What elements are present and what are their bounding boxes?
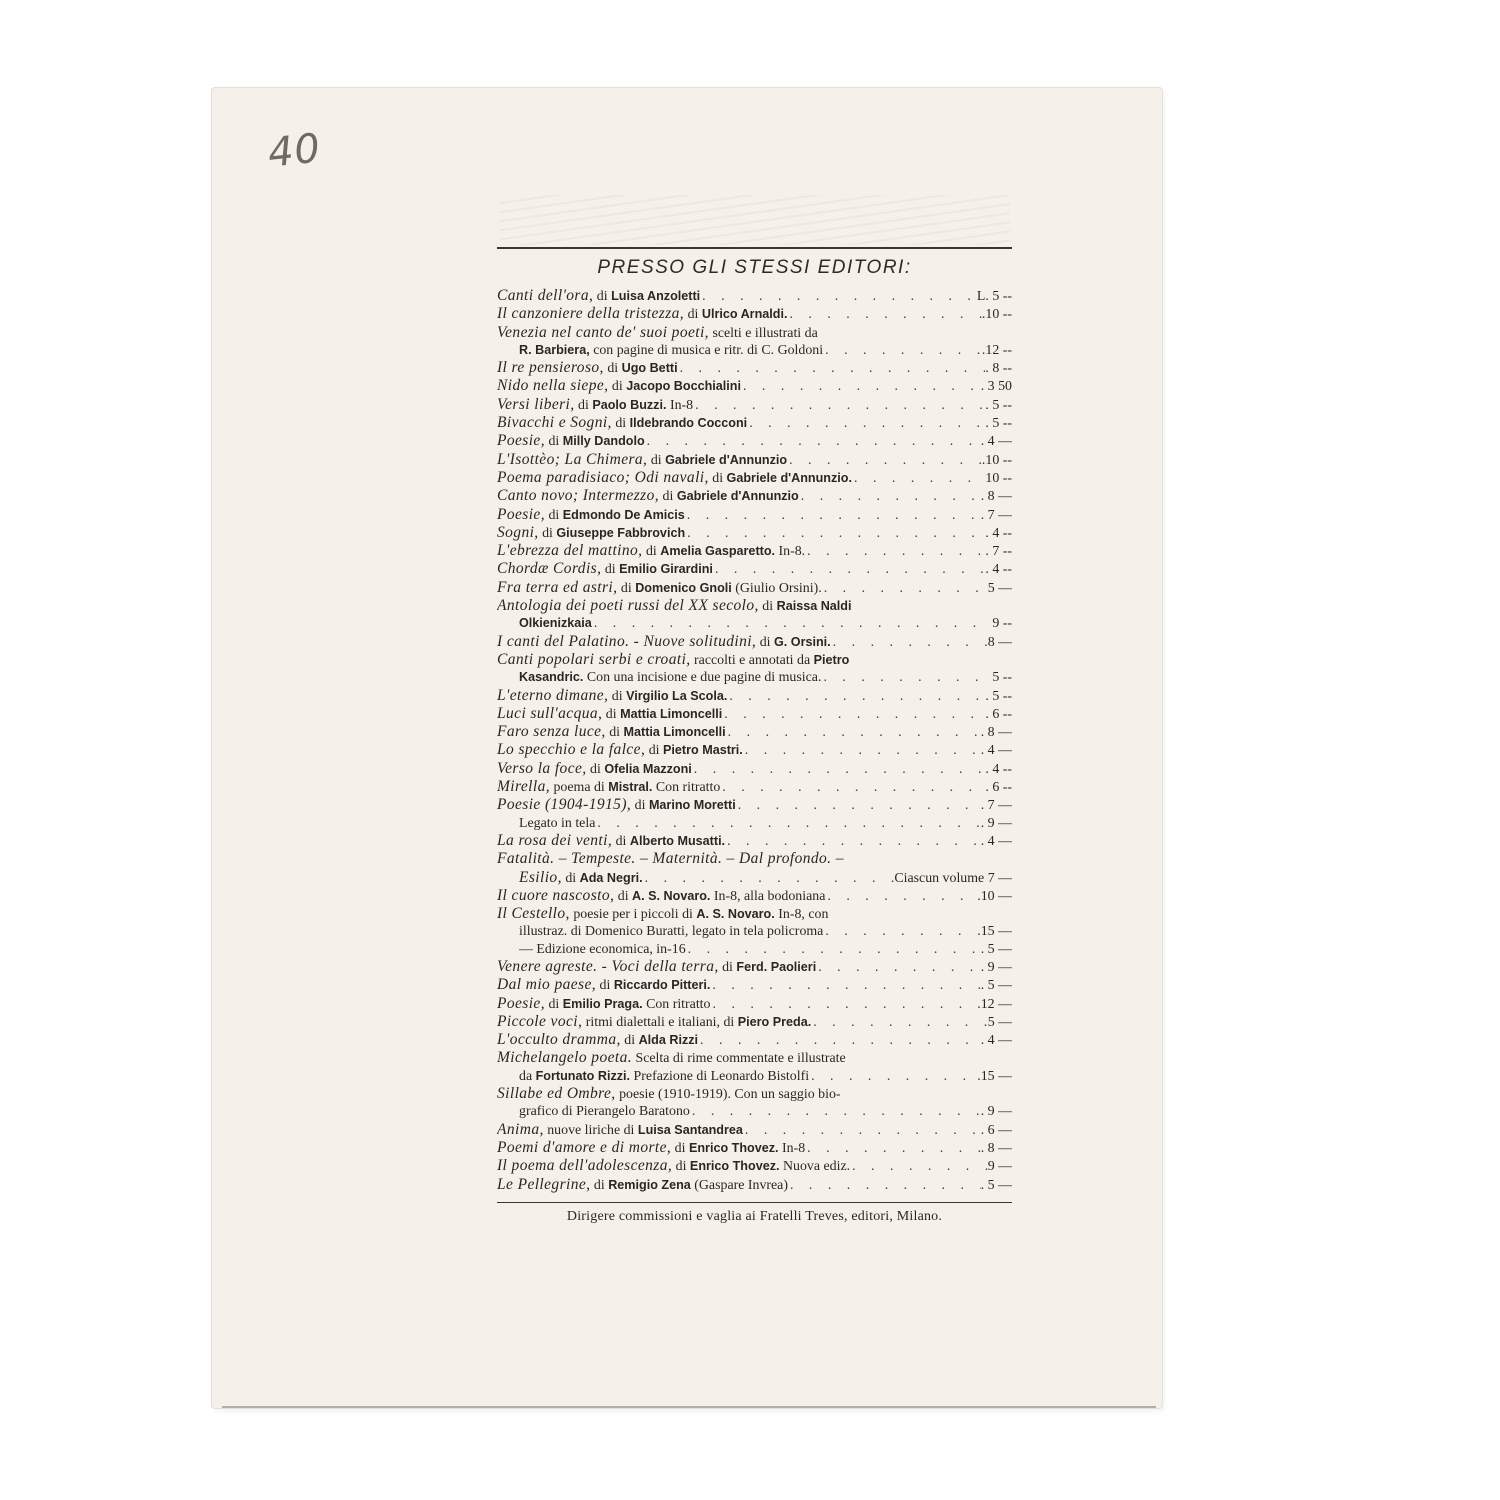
entry-price: . 9 — xyxy=(981,815,1012,832)
entry-author: Emilio Girardini xyxy=(619,562,713,576)
entry-price: Ciascun volume 7 — xyxy=(894,870,1012,887)
catalog-entry: Venezia nel canto de' suoi poeti, scelti… xyxy=(497,324,1012,342)
entry-title: L'eterno dimane, xyxy=(497,687,608,704)
entry-author: Ulrico Arnaldi. xyxy=(702,307,788,321)
entry-author: Alberto Musatti. xyxy=(630,834,725,848)
entry-connector: di xyxy=(651,453,662,468)
entry-text: Dal mio paese, di Riccardo Pitteri. xyxy=(497,976,710,994)
dot-leader: . . . . . . . . . . . . . . . . . . . . … xyxy=(592,615,993,632)
entry-price: . 4 -- xyxy=(985,561,1012,578)
entry-author: Jacopo Bocchialini xyxy=(626,379,741,393)
dot-leader: . . . . . . . . . . . . . . . . . . . . … xyxy=(852,470,985,487)
catalog-entry: Lo specchio e la falce, di Pietro Mastri… xyxy=(497,741,1012,759)
entry-extra: In-8, con xyxy=(778,907,828,922)
entry-extra: In-8 xyxy=(782,1141,805,1156)
entry-title: Fra terra ed astri, xyxy=(497,579,617,596)
catalog-entry: L'eterno dimane, di Virgilio La Scola. .… xyxy=(497,687,1012,705)
entry-author: Fortunato Rizzi. xyxy=(536,1069,630,1083)
entry-text: Fatalità. – Tempeste. – Maternità. – Dal… xyxy=(497,850,844,868)
entry-connector: di xyxy=(597,289,608,304)
dot-leader: . . . . . . . . . . . . . . . . . . . . … xyxy=(743,742,981,759)
entry-text: L'occulto dramma, di Alda Rizzi xyxy=(497,1031,698,1049)
entry-price: .10 — xyxy=(977,888,1012,905)
dot-leader: . . . . . . . . . . . . . . . . . . . . … xyxy=(825,888,977,905)
catalog-entry: L'occulto dramma, di Alda Rizzi . . . . … xyxy=(497,1031,1012,1049)
entry-text: da Fortunato Rizzi. Prefazione di Leonar… xyxy=(519,1068,809,1085)
entry-text: Venere agreste. - Voci della terra, di F… xyxy=(497,958,816,976)
entry-author: Edmondo De Amicis xyxy=(563,508,685,522)
entry-price: . 9 — xyxy=(981,959,1012,976)
entry-price: 9 -- xyxy=(992,615,1012,632)
entry-price: . 5 — xyxy=(981,1177,1012,1194)
entry-text: Poesie, di Emilio Praga. Con ritratto xyxy=(497,995,711,1013)
entry-text: Faro senza luce, di Mattia Limoncelli xyxy=(497,723,726,741)
entry-text: Canti dell'ora, di Luisa Anzoletti xyxy=(497,287,700,305)
entry-price: . 5 -- xyxy=(985,397,1012,414)
entry-text: L'eterno dimane, di Virgilio La Scola. xyxy=(497,687,727,705)
entry-price: . 4 — xyxy=(981,833,1012,850)
entry-price: . 4 -- xyxy=(985,761,1012,778)
entry-connector: di xyxy=(607,361,618,376)
entry-connector: di xyxy=(663,489,674,504)
entry-text: Lo specchio e la falce, di Pietro Mastri… xyxy=(497,741,743,759)
catalog-entry: Il poema dell'adolescenza, di Enrico Tho… xyxy=(497,1157,1012,1175)
dot-leader: . . . . . . . . . . . . . . . . . . . . … xyxy=(747,415,985,432)
entry-price: 5 — xyxy=(988,1014,1012,1031)
catalog-entry: Venere agreste. - Voci della terra, di F… xyxy=(497,958,1012,976)
dot-leader: . . . . . . . . . . . . . . . . . . . . … xyxy=(720,779,985,796)
dot-leader: . . . . . . . . . . . . . . . . . . . . … xyxy=(726,724,981,741)
catalog-entry: Anima, nuove liriche di Luisa Santandrea… xyxy=(497,1121,1012,1139)
entry-text: Il cuore nascosto, di A. S. Novaro. In-8… xyxy=(497,887,825,905)
dot-leader: . . . . . . . . . . . . . . . . . . . . … xyxy=(787,452,982,469)
entry-connector: di xyxy=(548,997,559,1012)
catalog-entry: Antologia dei poeti russi del XX secolo,… xyxy=(497,597,1012,615)
dot-leader: . . . . . . . . . . . . . . . . . . . . … xyxy=(700,288,977,305)
catalog-entry: Il re pensieroso, di Ugo Betti . . . . .… xyxy=(497,359,1012,377)
entry-author: Remigio Zena xyxy=(608,1178,691,1192)
entry-extra: (Gaspare Invrea) xyxy=(694,1178,788,1193)
handwritten-number: 40 xyxy=(266,125,323,176)
entry-text: Chordæ Cordis, di Emilio Girardini xyxy=(497,560,713,578)
entry-connector: di xyxy=(712,471,723,486)
entry-text: Canti popolari serbi e croati, raccolti … xyxy=(497,651,849,669)
dot-leader: . . . . . . . . . . . . . . . . . . . . … xyxy=(595,815,980,832)
dot-leader: . . . . . . . . . . . . . . . . . . . . … xyxy=(710,977,980,994)
entry-title: Il cuore nascosto, xyxy=(497,887,614,904)
entry-title: Dal mio paese, xyxy=(497,976,596,993)
entry-author: Amelia Gasparetto. xyxy=(660,544,775,558)
entry-connector: di xyxy=(646,544,657,559)
entry-connector: di xyxy=(612,379,623,394)
entry-connector: di xyxy=(606,707,617,722)
entry-text: Olkienizkaia xyxy=(519,615,592,632)
entry-title: Nido nella siepe, xyxy=(497,377,608,394)
entry-extra: In-8. xyxy=(779,544,806,559)
entry-text: Nido nella siepe, di Jacopo Bocchialini xyxy=(497,377,741,395)
entry-connector: Scelta di rime commentate e illustrate xyxy=(636,1051,846,1066)
entry-price: . 5 -- xyxy=(985,688,1012,705)
entry-connector: di xyxy=(762,599,773,614)
entry-author: Virgilio La Scola. xyxy=(626,689,727,703)
entry-extra: Prefazione di Leonardo Bistolfi xyxy=(634,1069,810,1084)
entry-text: Legato in tela xyxy=(519,815,595,832)
catalog-entry: Canti dell'ora, di Luisa Anzoletti . . .… xyxy=(497,287,1012,305)
entry-author: Gabriele d'Annunzio xyxy=(677,489,799,503)
dot-leader: . . . . . . . . . . . . . . . . . . . . … xyxy=(799,488,981,505)
entry-author: Riccardo Pitteri. xyxy=(614,978,711,992)
entry-price: . 3 50 xyxy=(981,378,1012,395)
entry-price: . 4 — xyxy=(981,742,1012,759)
entry-price: . 8 -- xyxy=(985,360,1012,377)
entry-title: Mirella, xyxy=(497,778,550,795)
entry-author: A. S. Novaro. xyxy=(696,907,774,921)
entry-connector: raccolti e annotati da xyxy=(694,653,810,668)
catalog-entry: Le Pellegrine, di Remigio Zena (Gaspare … xyxy=(497,1176,1012,1194)
entry-title: Sillabe ed Ombre, xyxy=(497,1085,616,1102)
catalog-entry: Poesie (1904-1915), di Marino Moretti . … xyxy=(497,796,1012,814)
dot-leader: . . . . . . . . . . . . . . . . . . . . … xyxy=(811,1014,987,1031)
dot-leader: . . . . . . . . . . . . . . . . . . . . … xyxy=(698,1032,981,1049)
dot-leader: . . . . . . . . . . . . . . . . . . . . … xyxy=(743,1122,981,1139)
catalog-entry: Sogni, di Giuseppe Fabbrovich . . . . . … xyxy=(497,524,1012,542)
catalog-entry: Verso la foce, di Ofelia Mazzoni . . . .… xyxy=(497,760,1012,778)
entry-text: Fra terra ed astri, di Domenico Gnoli (G… xyxy=(497,579,822,597)
entry-extra: Con ritratto xyxy=(646,997,710,1012)
entry-author: Gabriele d'Annunzio xyxy=(665,453,787,467)
entry-text: Antologia dei poeti russi del XX secolo,… xyxy=(497,597,852,615)
entry-text: Bivacchi e Sogni, di Ildebrando Cocconi xyxy=(497,414,747,432)
entry-title: Sogni, xyxy=(497,524,539,541)
entry-author: Luisa Anzoletti xyxy=(611,289,700,303)
entry-text: illustraz. di Domenico Buratti, legato i… xyxy=(519,923,823,940)
entry-connector: di xyxy=(609,725,620,740)
entry-title: Antologia dei poeti russi del XX secolo, xyxy=(497,597,759,614)
entry-price: . 8 — xyxy=(981,488,1012,505)
entry-extra: Legato in tela xyxy=(519,816,595,831)
entry-author: Enrico Thovez. xyxy=(689,1141,779,1155)
entry-title: Verso la foce, xyxy=(497,760,587,777)
catalog-entry: Dal mio paese, di Riccardo Pitteri. . . … xyxy=(497,976,1012,994)
entry-author: R. Barbiera, xyxy=(519,343,590,357)
dot-leader: . . . . . . . . . . . . . . . . . . . . … xyxy=(643,870,895,887)
entry-price: 10 -- xyxy=(985,470,1012,487)
dot-leader: . . . . . . . . . . . . . . . . . . . . … xyxy=(692,761,986,778)
entry-connector: di xyxy=(578,398,589,413)
entry-title: I canti del Palatino. - Nuove solitudini… xyxy=(497,633,756,650)
catalog-entry: Bivacchi e Sogni, di Ildebrando Cocconi … xyxy=(497,414,1012,432)
entry-author: Domenico Gnoli xyxy=(635,581,732,595)
entry-author: G. Orsini. xyxy=(774,635,831,649)
catalog-entry: Piccole voci, ritmi dialettali e italian… xyxy=(497,1013,1012,1031)
entry-connector: di xyxy=(635,798,646,813)
catalog-entry: — Edizione economica, in-16 . . . . . . … xyxy=(497,941,1012,958)
entry-price: .15 — xyxy=(977,1068,1012,1085)
entry-connector: poema di xyxy=(553,780,604,795)
entry-price: . 4 -- xyxy=(985,525,1012,542)
catalog-entry: Kasandric. Con una incisione e due pagin… xyxy=(497,669,1012,686)
entry-author: Ofelia Mazzoni xyxy=(604,762,691,776)
dot-leader: . . . . . . . . . . . . . . . . . . . . … xyxy=(816,959,981,976)
entry-text: La rosa dei venti, di Alberto Musatti. xyxy=(497,832,725,850)
entry-extra: In-8, alla bodoniana xyxy=(714,889,825,904)
entry-price: . 9 — xyxy=(981,1103,1012,1120)
entry-extra: (Giulio Orsini). xyxy=(735,581,821,596)
catalog-entry: Il Cestello, poesie per i piccoli di A. … xyxy=(497,905,1012,923)
catalog-entry: La rosa dei venti, di Alberto Musatti. .… xyxy=(497,832,1012,850)
entry-title: Anima, xyxy=(497,1121,544,1138)
dot-leader: . . . . . . . . . . . . . . . . . . . . … xyxy=(823,923,977,940)
entry-author: Raissa Naldi xyxy=(777,599,852,613)
catalog-entry: I canti del Palatino. - Nuove solitudini… xyxy=(497,633,1012,651)
top-rule xyxy=(497,247,1012,249)
entry-title: Poema paradisiaco; Odi navali, xyxy=(497,469,709,486)
entry-extra: Con una incisione e due pagine di musica… xyxy=(587,670,822,685)
entry-connector: di xyxy=(565,871,576,886)
entry-author: Piero Preda. xyxy=(738,1015,812,1029)
dot-leader: . . . . . . . . . . . . . . . . . . . . … xyxy=(693,397,985,414)
entry-connector: di xyxy=(605,562,616,577)
entry-connector: di xyxy=(722,960,733,975)
catalog-entry: Il cuore nascosto, di A. S. Novaro. In-8… xyxy=(497,887,1012,905)
entry-price: . 5 — xyxy=(981,977,1012,994)
entry-price: . 8 — xyxy=(981,724,1012,741)
entry-title: Il canzoniere della tristezza, xyxy=(497,305,684,322)
entry-title: Venere agreste. - Voci della terra, xyxy=(497,958,719,975)
entry-connector: nuove liriche di xyxy=(547,1123,634,1138)
entry-text: Sillabe ed Ombre, poesie (1910-1919). Co… xyxy=(497,1085,841,1103)
entry-text: Michelangelo poeta. Scelta di rime comme… xyxy=(497,1049,846,1067)
paper-damage-strip xyxy=(500,195,1010,245)
entry-price: .15 — xyxy=(977,923,1012,940)
entry-connector: di xyxy=(688,307,699,322)
entry-text: — Edizione economica, in-16 xyxy=(519,941,686,958)
entry-price: . 6 — xyxy=(981,1122,1012,1139)
catalog-entry: Poema paradisiaco; Odi navali, di Gabrie… xyxy=(497,469,1012,487)
entry-title: Poesie (1904-1915), xyxy=(497,796,631,813)
entry-author: Milly Dandolo xyxy=(563,434,645,448)
entry-author: Emilio Praga. xyxy=(563,997,643,1011)
publisher-catalog: PRESSO GLI STESSI EDITORI: Canti dell'or… xyxy=(497,247,1012,1225)
catalog-entries: Canti dell'ora, di Luisa Anzoletti . . .… xyxy=(497,287,1012,1194)
catalog-entry: Chordæ Cordis, di Emilio Girardini . . .… xyxy=(497,560,1012,578)
catalog-entry: Fra terra ed astri, di Domenico Gnoli (G… xyxy=(497,579,1012,597)
entry-text: Poemi d'amore e di morte, di Enrico Thov… xyxy=(497,1139,805,1157)
entry-text: Poema paradisiaco; Odi navali, di Gabrie… xyxy=(497,469,852,487)
entry-text: Il poema dell'adolescenza, di Enrico Tho… xyxy=(497,1157,850,1175)
catalog-entry: Poesie, di Milly Dandolo . . . . . . . .… xyxy=(497,432,1012,450)
catalog-footer: Dirigere commissioni e vaglia ai Fratell… xyxy=(497,1209,1012,1225)
entry-title: Poesie, xyxy=(497,506,545,523)
entry-title: Canto novo; Intermezzo, xyxy=(497,487,659,504)
entry-title: Il Cestello, xyxy=(497,905,570,922)
entry-title: Il re pensieroso, xyxy=(497,359,604,376)
entry-price: . 7 — xyxy=(981,797,1012,814)
entry-author: Kasandric. xyxy=(519,670,583,684)
catalog-entry: Michelangelo poeta. Scelta di rime comme… xyxy=(497,1049,1012,1067)
dot-leader: . . . . . . . . . . . . . . . . . . . . … xyxy=(685,525,985,542)
entry-author: A. S. Novaro. xyxy=(632,889,710,903)
dot-leader: . . . . . . . . . . . . . . . . . . . . … xyxy=(805,543,985,560)
entry-connector: di xyxy=(615,416,626,431)
entry-title: L'occulto dramma, xyxy=(497,1031,621,1048)
entry-extra: In-8 xyxy=(670,398,693,413)
dot-leader: . . . . . . . . . . . . . . . . . . . . … xyxy=(736,797,981,814)
entry-price: . 5 — xyxy=(981,941,1012,958)
catalog-entry: Fatalità. – Tempeste. – Maternità. – Dal… xyxy=(497,850,1012,868)
entry-title: Poemi d'amore e di morte, xyxy=(497,1139,671,1156)
entry-text: R. Barbiera, con pagine di musica e ritr… xyxy=(519,342,823,359)
entry-price: . 6 -- xyxy=(985,706,1012,723)
entry-connector: scelti e illustrati da xyxy=(712,326,817,341)
dot-leader: . . . . . . . . . . . . . . . . . . . . … xyxy=(788,1177,981,1194)
entry-text: Le Pellegrine, di Remigio Zena (Gaspare … xyxy=(497,1176,788,1194)
entry-extra: Nuova ediz. xyxy=(783,1159,850,1174)
entry-connector: da xyxy=(519,1069,532,1084)
entry-author: Alda Rizzi xyxy=(639,1033,698,1047)
entry-text: Il re pensieroso, di Ugo Betti xyxy=(497,359,678,377)
entry-connector: poesie (1910-1919). Con un saggio bio- xyxy=(619,1087,840,1102)
entry-price: . 6 -- xyxy=(985,779,1012,796)
entry-connector: di xyxy=(624,1033,635,1048)
entry-title: Lo specchio e la falce, xyxy=(497,741,645,758)
dot-leader: . . . . . . . . . . . . . . . . . . . . … xyxy=(713,561,985,578)
catalog-entry: L'Isottèo; La Chimera, di Gabriele d'Ann… xyxy=(497,451,1012,469)
entry-price: . 7 — xyxy=(981,507,1012,524)
dot-leader: . . . . . . . . . . . . . . . . . . . . … xyxy=(822,580,988,597)
dot-leader: . . . . . . . . . . . . . . . . . . . . … xyxy=(725,833,981,850)
entry-title: Poesie, xyxy=(497,432,545,449)
entry-connector: di xyxy=(760,635,771,650)
dot-leader: . . . . . . . . . . . . . . . . . . . . … xyxy=(645,433,981,450)
entry-text: Anima, nuove liriche di Luisa Santandrea xyxy=(497,1121,743,1139)
entry-text: Il canzoniere della tristezza, di Ulrico… xyxy=(497,305,787,323)
entry-price: . 5 -- xyxy=(985,415,1012,432)
entry-extra: Con ritratto xyxy=(656,780,720,795)
entry-text: Versi liberi, di Paolo Buzzi. In-8 xyxy=(497,396,693,414)
entry-price: .10 -- xyxy=(982,452,1012,469)
entry-price: . 7 -- xyxy=(985,543,1012,560)
bottom-rule xyxy=(497,1202,1012,1203)
entry-text: Canto novo; Intermezzo, di Gabriele d'An… xyxy=(497,487,799,505)
entry-extra: — Edizione economica, in-16 xyxy=(519,942,686,957)
dot-leader: . . . . . . . . . . . . . . . . . . . . … xyxy=(722,706,985,723)
catalog-heading: PRESSO GLI STESSI EDITORI: xyxy=(497,257,1012,279)
entry-title: Esilio, xyxy=(519,869,562,886)
entry-connector: di xyxy=(676,1159,687,1174)
entry-title: L'ebrezza del mattino, xyxy=(497,542,642,559)
dot-leader: . . . . . . . . . . . . . . . . . . . . … xyxy=(850,1158,988,1175)
catalog-entry: Sillabe ed Ombre, poesie (1910-1919). Co… xyxy=(497,1085,1012,1103)
catalog-entry: Luci sull'acqua, di Mattia Limoncelli . … xyxy=(497,705,1012,723)
entry-text: Verso la foce, di Ofelia Mazzoni xyxy=(497,760,692,778)
dot-leader: . . . . . . . . . . . . . . . . . . . . … xyxy=(805,1140,981,1157)
entry-title: Canti popolari serbi e croati, xyxy=(497,651,691,668)
entry-title: Le Pellegrine, xyxy=(497,1176,590,1193)
entry-price: . 4 — xyxy=(981,433,1012,450)
dot-leader: . . . . . . . . . . . . . . . . . . . . … xyxy=(686,941,981,958)
catalog-entry: Nido nella siepe, di Jacopo Bocchialini … xyxy=(497,377,1012,395)
entry-extra: illustraz. di Domenico Buratti, legato i… xyxy=(519,924,823,939)
entry-connector: di xyxy=(616,834,627,849)
dot-leader: . . . . . . . . . . . . . . . . . . . . … xyxy=(821,669,992,686)
dot-leader: . . . . . . . . . . . . . . . . . . . . … xyxy=(809,1068,977,1085)
entry-title: Bivacchi e Sogni, xyxy=(497,414,612,431)
entry-title: Versi liberi, xyxy=(497,396,575,413)
entry-text: I canti del Palatino. - Nuove solitudini… xyxy=(497,633,831,651)
entry-title: Piccole voci, xyxy=(497,1013,582,1030)
entry-connector: di xyxy=(548,434,559,449)
entry-text: Esilio, di Ada Negri. xyxy=(519,869,643,887)
entry-author: Ferd. Paolieri xyxy=(736,960,816,974)
entry-connector: di xyxy=(542,526,553,541)
entry-author: Pietro Mastri. xyxy=(663,743,743,757)
entry-author: Enrico Thovez. xyxy=(690,1159,780,1173)
entry-title: La rosa dei venti, xyxy=(497,832,612,849)
entry-title: Il poema dell'adolescenza, xyxy=(497,1157,672,1174)
catalog-entry: Poesie, di Emilio Praga. Con ritratto . … xyxy=(497,995,1012,1013)
entry-connector: di xyxy=(590,762,601,777)
entry-price: 5 — xyxy=(988,580,1012,597)
entry-price: 5 -- xyxy=(992,669,1012,686)
catalog-entry: Versi liberi, di Paolo Buzzi. In-8 . . .… xyxy=(497,396,1012,414)
entry-title: Poesie, xyxy=(497,995,545,1012)
catalog-entry: Faro senza luce, di Mattia Limoncelli . … xyxy=(497,723,1012,741)
catalog-entry: Il canzoniere della tristezza, di Ulrico… xyxy=(497,305,1012,323)
entry-text: Mirella, poema di Mistral. Con ritratto xyxy=(497,778,720,796)
entry-author: Paolo Buzzi. xyxy=(592,398,666,412)
entry-text: grafico di Pierangelo Baratono xyxy=(519,1103,690,1120)
catalog-entry: illustraz. di Domenico Buratti, legato i… xyxy=(497,923,1012,940)
entry-connector: di xyxy=(548,508,559,523)
dot-leader: . . . . . . . . . . . . . . . . . . . . … xyxy=(685,507,981,524)
catalog-entry: Legato in tela . . . . . . . . . . . . .… xyxy=(497,815,1012,832)
entry-connector: di xyxy=(618,889,629,904)
entry-text: Poesie (1904-1915), di Marino Moretti xyxy=(497,796,736,814)
dot-leader: . . . . . . . . . . . . . . . . . . . . … xyxy=(831,634,988,651)
entry-author: Mattia Limoncelli xyxy=(620,707,722,721)
entry-connector: di xyxy=(612,689,623,704)
dot-leader: . . . . . . . . . . . . . . . . . . . . … xyxy=(727,688,985,705)
entry-connector: poesie per i piccoli di xyxy=(573,907,693,922)
entry-title: Luci sull'acqua, xyxy=(497,705,602,722)
entry-author: Olkienizkaia xyxy=(519,616,592,630)
dot-leader: . . . . . . . . . . . . . . . . . . . . … xyxy=(690,1103,981,1120)
entry-author: Pietro xyxy=(814,653,850,667)
entry-author: Mistral. xyxy=(608,780,652,794)
catalog-entry: da Fortunato Rizzi. Prefazione di Leonar… xyxy=(497,1068,1012,1085)
dot-leader: . . . . . . . . . . . . . . . . . . . . … xyxy=(678,360,986,377)
catalog-entry: Mirella, poema di Mistral. Con ritratto … xyxy=(497,778,1012,796)
dot-leader: . . . . . . . . . . . . . . . . . . . . … xyxy=(787,306,981,323)
entry-connector: di xyxy=(600,978,611,993)
entry-title: Fatalità. – Tempeste. – Maternità. – Dal… xyxy=(497,850,844,867)
entry-text: Kasandric. Con una incisione e due pagin… xyxy=(519,669,821,686)
entry-text: Piccole voci, ritmi dialettali e italian… xyxy=(497,1013,811,1031)
dot-leader: . . . . . . . . . . . . . . . . . . . . … xyxy=(823,342,982,359)
entry-price: . 4 — xyxy=(981,1032,1012,1049)
entry-author: Ildebrando Cocconi xyxy=(630,416,748,430)
entry-connector: di xyxy=(594,1178,605,1193)
entry-title: Faro senza luce, xyxy=(497,723,606,740)
entry-title: Venezia nel canto de' suoi poeti, xyxy=(497,324,709,341)
entry-author: Gabriele d'Annunzio. xyxy=(727,471,852,485)
entry-connector: di xyxy=(649,743,660,758)
entry-text: Sogni, di Giuseppe Fabbrovich xyxy=(497,524,685,542)
entry-text: L'ebrezza del mattino, di Amelia Gaspare… xyxy=(497,542,805,560)
catalog-entry: grafico di Pierangelo Baratono . . . . .… xyxy=(497,1103,1012,1120)
entry-price: L. 5 -- xyxy=(977,288,1012,305)
